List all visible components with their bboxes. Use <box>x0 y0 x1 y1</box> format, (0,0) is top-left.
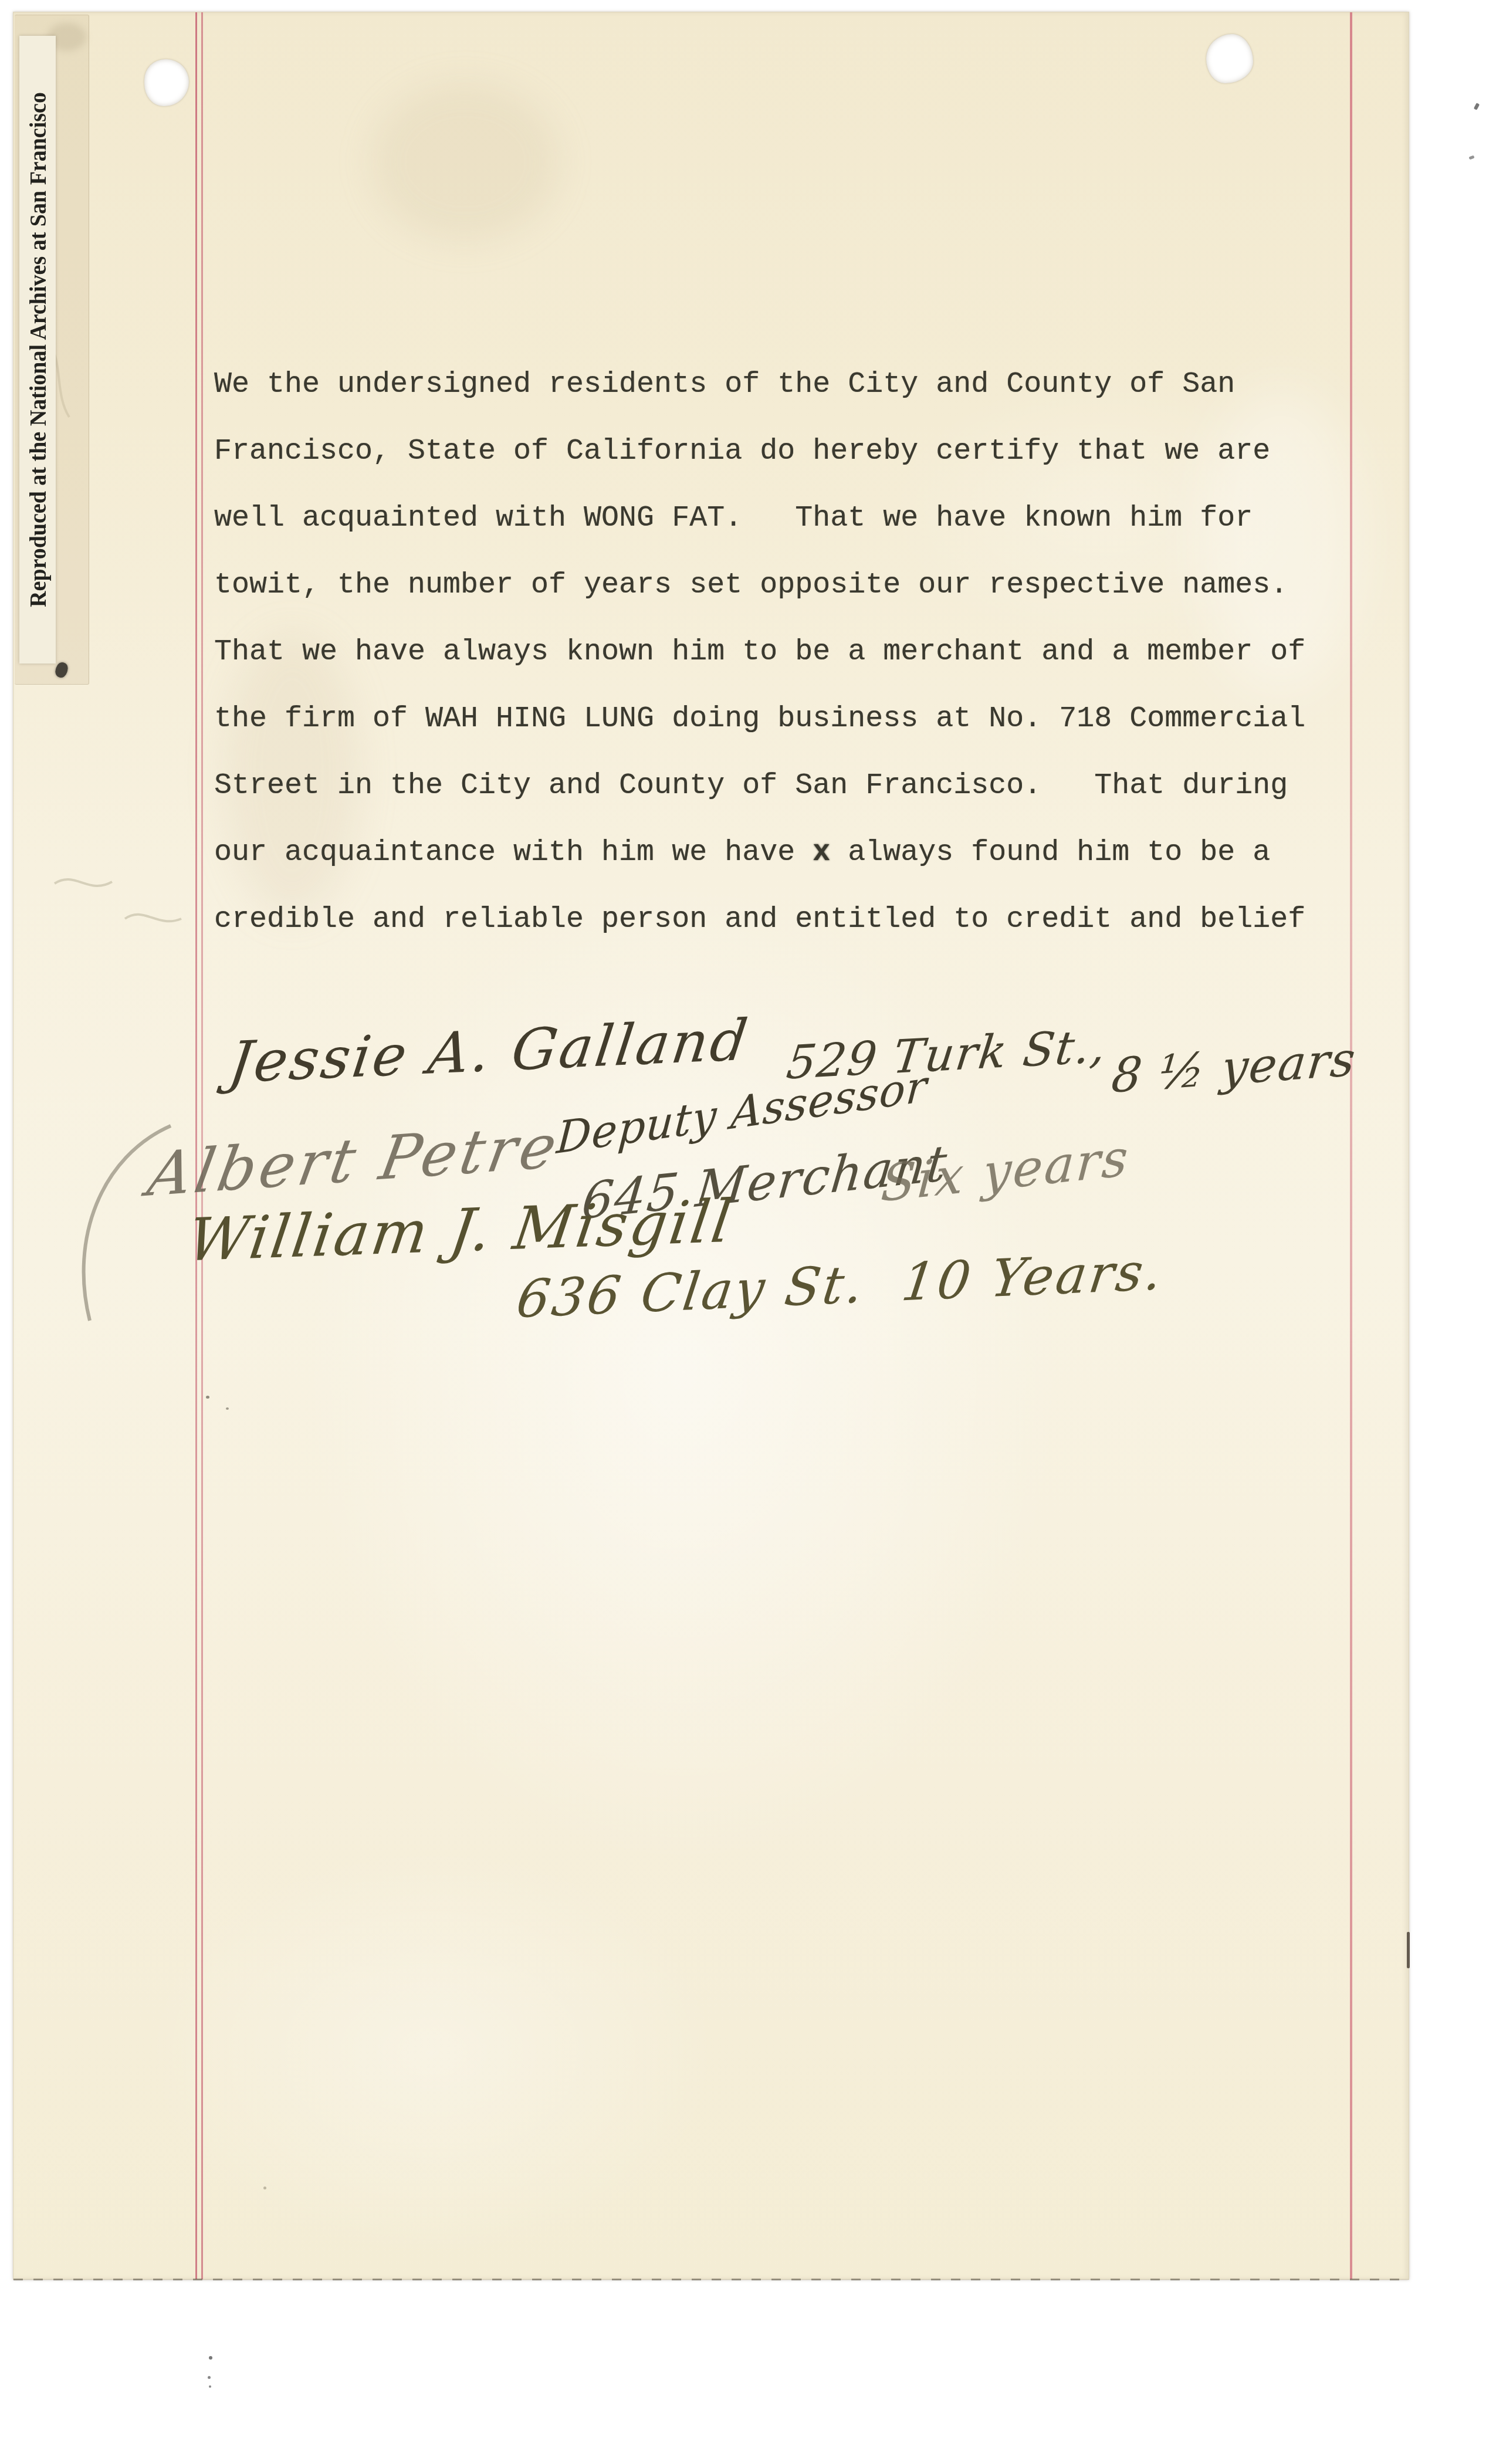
archival-label-text: Reproduced at the National Archives at S… <box>24 92 52 607</box>
typed-paragraph: We the undersigned residents of the City… <box>214 351 1305 953</box>
typed-line: Street in the City and County of San Fra… <box>214 753 1305 820</box>
pencil-squiggle <box>55 879 181 921</box>
typed-line: credible and reliable person and entitle… <box>214 886 1305 953</box>
typed-line-segment: always found him to be a <box>830 836 1270 869</box>
typed-line: well acquainted with WONG FAT. That we h… <box>214 485 1305 552</box>
ink-speck <box>263 2187 266 2189</box>
ink-speck <box>226 1407 229 1410</box>
typed-line-segment: our acquaintance with him we have <box>214 836 813 869</box>
paper-bottom-edge <box>13 2279 1409 2280</box>
typed-line: We the undersigned residents of the City… <box>214 351 1305 418</box>
signature-years-misgill: 10 Years. <box>898 1241 1167 1313</box>
scan-speck <box>1474 103 1480 110</box>
scan-speck <box>1468 155 1474 160</box>
typed-line: towit, the number of years set opposite … <box>214 552 1305 619</box>
punch-hole-right <box>1206 34 1253 83</box>
paper-stain <box>371 83 559 241</box>
scan-background: We the undersigned residents of the City… <box>0 0 1496 2464</box>
typed-line: That we have always known him to be a me… <box>214 619 1305 686</box>
signature-years-galland: 8 ½ years <box>1109 1031 1359 1104</box>
signature-address-text: 636 Clay St. <box>513 1254 869 1330</box>
scan-speck <box>209 2356 212 2360</box>
signature-jessie-galland: Jessie A. Galland <box>225 1007 753 1095</box>
ink-speck <box>206 1396 209 1399</box>
typed-line: Francisco, State of California do hereby… <box>214 418 1305 485</box>
document-page: We the undersigned residents of the City… <box>13 12 1409 2280</box>
typed-line: the firm of WAH HING LUNG doing business… <box>214 686 1305 753</box>
paper-edge-mark <box>1407 1932 1410 1968</box>
scan-speck <box>209 2385 211 2388</box>
typed-line: our acquaintance with him we have x alwa… <box>214 820 1305 886</box>
overstrike-character: x <box>813 836 830 869</box>
scan-speck <box>208 2376 211 2379</box>
punch-hole-left <box>144 59 189 106</box>
right-margin-rule <box>1350 12 1352 2279</box>
